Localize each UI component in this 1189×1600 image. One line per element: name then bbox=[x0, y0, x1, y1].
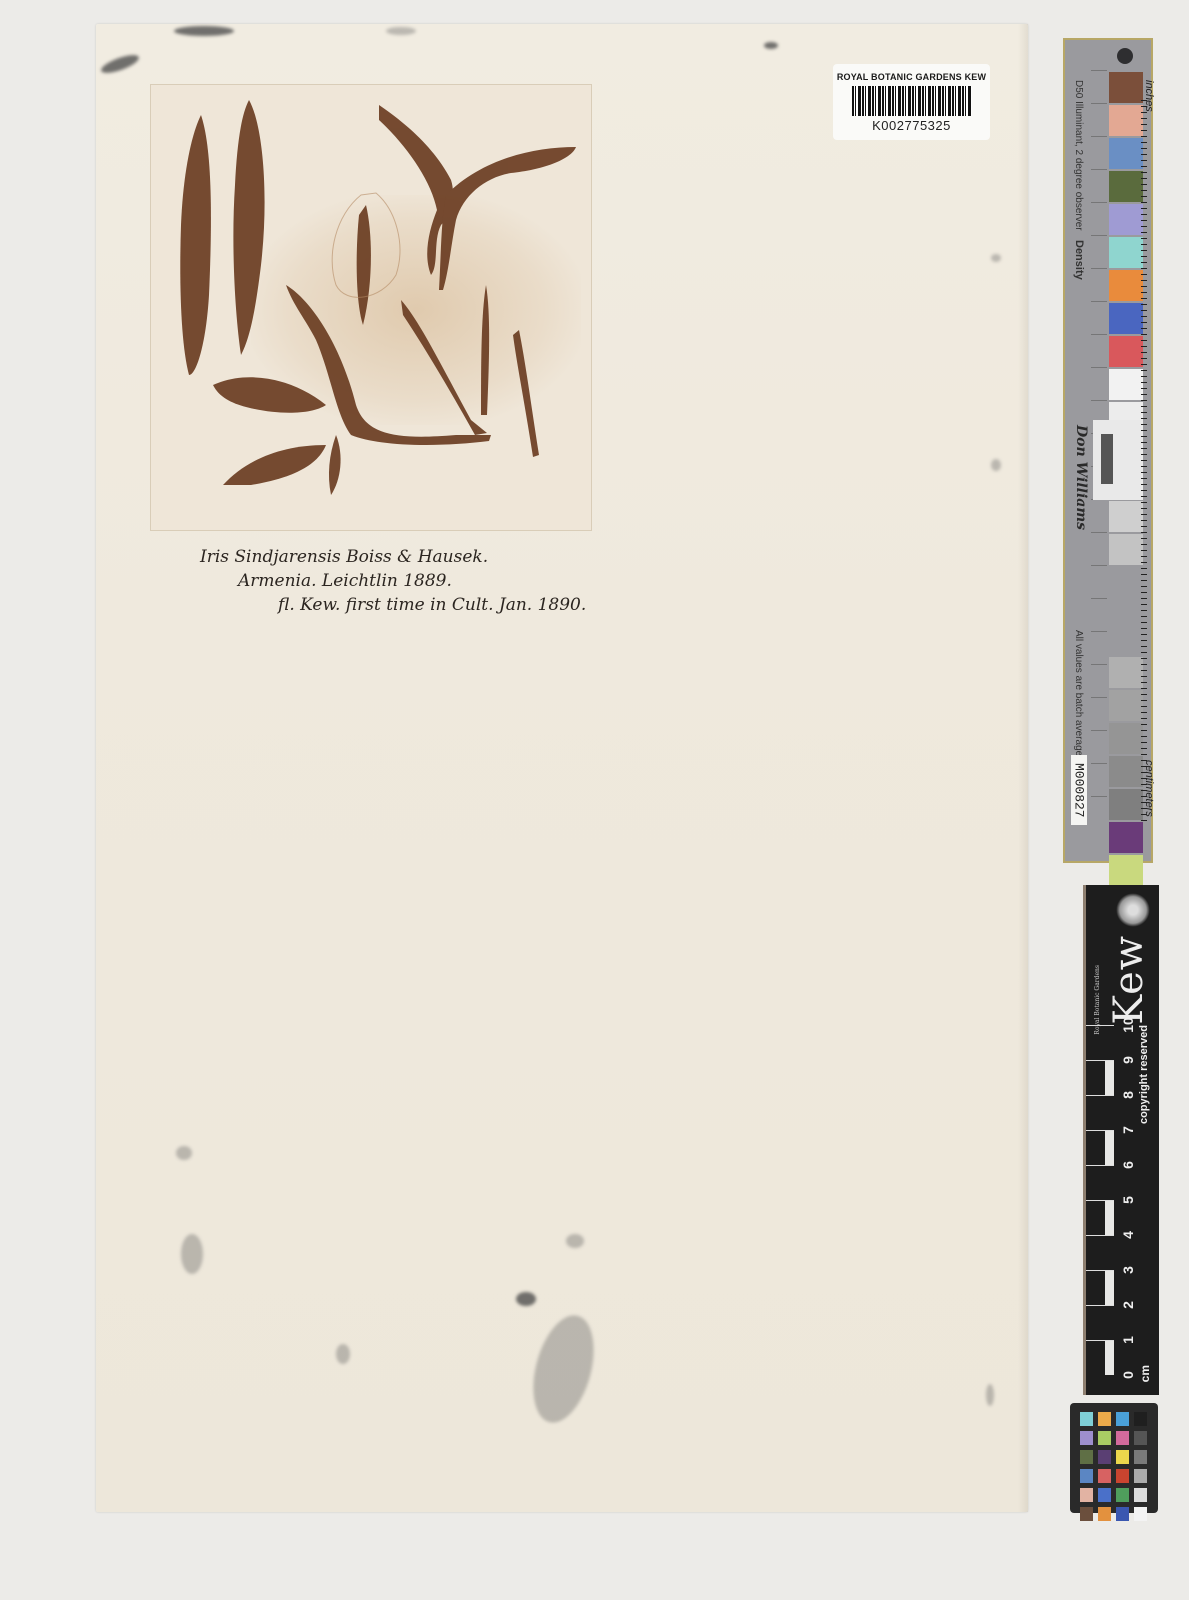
checker-swatch bbox=[1098, 1450, 1111, 1464]
checker-swatch bbox=[1098, 1412, 1111, 1426]
stain bbox=[566, 1234, 584, 1248]
kew-logo: Kew bbox=[1106, 935, 1152, 1025]
scale-number: 7 bbox=[1120, 1120, 1136, 1140]
scale-number: 4 bbox=[1120, 1225, 1136, 1245]
stain bbox=[176, 1146, 192, 1160]
color-swatch bbox=[1109, 789, 1143, 820]
color-checker-grid bbox=[1080, 1412, 1147, 1520]
checker-swatch bbox=[1080, 1469, 1093, 1483]
checker-swatch bbox=[1098, 1507, 1111, 1521]
stain bbox=[516, 1292, 536, 1306]
checker-swatch bbox=[1134, 1450, 1147, 1464]
scale-number: 0 bbox=[1120, 1365, 1136, 1385]
checker-swatch bbox=[1116, 1412, 1129, 1426]
specimen-mount bbox=[150, 84, 592, 531]
checker-swatch bbox=[1080, 1507, 1093, 1521]
scale-number: 3 bbox=[1120, 1260, 1136, 1280]
color-swatch bbox=[1109, 690, 1143, 721]
stain bbox=[99, 52, 141, 77]
checker-swatch bbox=[1098, 1488, 1111, 1502]
barcode-number: K002775325 bbox=[872, 118, 951, 133]
illuminant-note: D50 Illuminant, 2 degree observer bbox=[1073, 80, 1084, 231]
color-swatch bbox=[1109, 270, 1143, 301]
scale-segment bbox=[1086, 1060, 1114, 1095]
stain bbox=[764, 42, 778, 49]
stain bbox=[991, 459, 1001, 471]
checker-swatch bbox=[1098, 1469, 1111, 1483]
color-swatch bbox=[1109, 822, 1143, 853]
scale-number: 1 bbox=[1120, 1330, 1136, 1350]
checker-swatch bbox=[1134, 1431, 1147, 1445]
stain bbox=[386, 27, 416, 35]
color-swatch bbox=[1109, 723, 1143, 754]
barcode bbox=[852, 86, 972, 116]
color-swatch bbox=[1109, 336, 1143, 367]
color-swatch bbox=[1109, 855, 1143, 886]
scale-segment bbox=[1086, 1095, 1114, 1130]
annotation-line-1: Iris Sindjarensis Boiss & Hausek. bbox=[200, 545, 586, 569]
scale-segment bbox=[1086, 1025, 1114, 1060]
scale-segment bbox=[1086, 1235, 1114, 1270]
pressed-iris-specimen-image bbox=[151, 85, 591, 530]
scale-segment bbox=[1086, 1130, 1114, 1165]
color-swatch bbox=[1109, 204, 1143, 235]
checker-swatch bbox=[1134, 1507, 1147, 1521]
stain bbox=[181, 1234, 203, 1274]
checker-swatch bbox=[1080, 1412, 1093, 1426]
checker-swatch bbox=[1134, 1488, 1147, 1502]
checker-swatch bbox=[1080, 1431, 1093, 1445]
checker-swatch bbox=[1116, 1450, 1129, 1464]
scale-segment bbox=[1086, 1200, 1114, 1235]
checker-swatch bbox=[1080, 1488, 1093, 1502]
centimeter-scale bbox=[1086, 1025, 1114, 1375]
color-calibration-ruler: D50 Illuminant, 2 degree observer Densit… bbox=[1063, 38, 1153, 863]
scale-number: 9 bbox=[1120, 1050, 1136, 1070]
cm-unit-label: cm bbox=[1138, 1365, 1152, 1382]
ruler-ticks bbox=[1141, 100, 1147, 821]
scale-segment bbox=[1086, 1165, 1114, 1200]
checker-swatch bbox=[1116, 1488, 1129, 1502]
scale-segment bbox=[1086, 1270, 1114, 1305]
annotation-line-3: fl. Kew. first time in Cult. Jan. 1890. bbox=[200, 593, 586, 617]
ruler-id: M000827 bbox=[1071, 755, 1087, 825]
checker-swatch bbox=[1080, 1450, 1093, 1464]
color-swatch bbox=[1109, 756, 1143, 787]
color-swatch bbox=[1109, 105, 1143, 136]
color-swatch bbox=[1109, 657, 1143, 688]
color-swatch bbox=[1109, 138, 1143, 169]
color-swatch bbox=[1109, 303, 1143, 334]
stain bbox=[991, 254, 1001, 262]
color-swatch bbox=[1109, 369, 1143, 400]
copyright-text: copyright reserved bbox=[1138, 1025, 1150, 1124]
color-checker-card bbox=[1070, 1403, 1158, 1513]
color-swatch bbox=[1109, 501, 1143, 532]
stain bbox=[336, 1344, 350, 1364]
kew-crest-icon bbox=[1116, 893, 1150, 927]
checker-swatch bbox=[1116, 1431, 1129, 1445]
scale-number: 6 bbox=[1120, 1155, 1136, 1175]
scale-number: 5 bbox=[1120, 1190, 1136, 1210]
scale-number: 10 bbox=[1120, 1015, 1136, 1035]
checker-swatch bbox=[1116, 1507, 1129, 1521]
sheet-edge-shadow bbox=[1018, 24, 1028, 1512]
scale-number: 8 bbox=[1120, 1085, 1136, 1105]
color-swatch bbox=[1109, 534, 1143, 565]
color-swatch bbox=[1109, 171, 1143, 202]
ruler-brand: Don Williams bbox=[1073, 425, 1089, 530]
barcode-label: ROYAL BOTANIC GARDENS KEW K002775325 bbox=[833, 64, 990, 140]
checker-swatch bbox=[1116, 1469, 1129, 1483]
stain bbox=[174, 26, 234, 36]
color-swatch bbox=[1109, 72, 1143, 103]
institution-name: ROYAL BOTANIC GARDENS KEW bbox=[837, 72, 986, 82]
kew-scale-bar: Royal Botanic Gardens Kew copyright rese… bbox=[1083, 885, 1159, 1395]
scale-segment bbox=[1086, 1305, 1114, 1340]
density-label: Density bbox=[1073, 240, 1085, 280]
ruler-hole-top bbox=[1117, 48, 1133, 64]
scale-segment bbox=[1086, 1340, 1114, 1375]
handwritten-annotation: Iris Sindjarensis Boiss & Hausek. Armeni… bbox=[200, 545, 586, 617]
checker-swatch bbox=[1134, 1469, 1147, 1483]
annotation-line-2: Armenia. Leichtlin 1889. bbox=[200, 569, 586, 593]
color-swatch bbox=[1109, 237, 1143, 268]
checker-swatch bbox=[1098, 1431, 1111, 1445]
stain bbox=[986, 1384, 994, 1406]
stain bbox=[523, 1309, 605, 1429]
step-wedge-panel bbox=[1093, 420, 1143, 500]
checker-swatch bbox=[1134, 1412, 1147, 1426]
scale-number: 2 bbox=[1120, 1295, 1136, 1315]
values-note: All values are batch averages bbox=[1073, 630, 1084, 761]
